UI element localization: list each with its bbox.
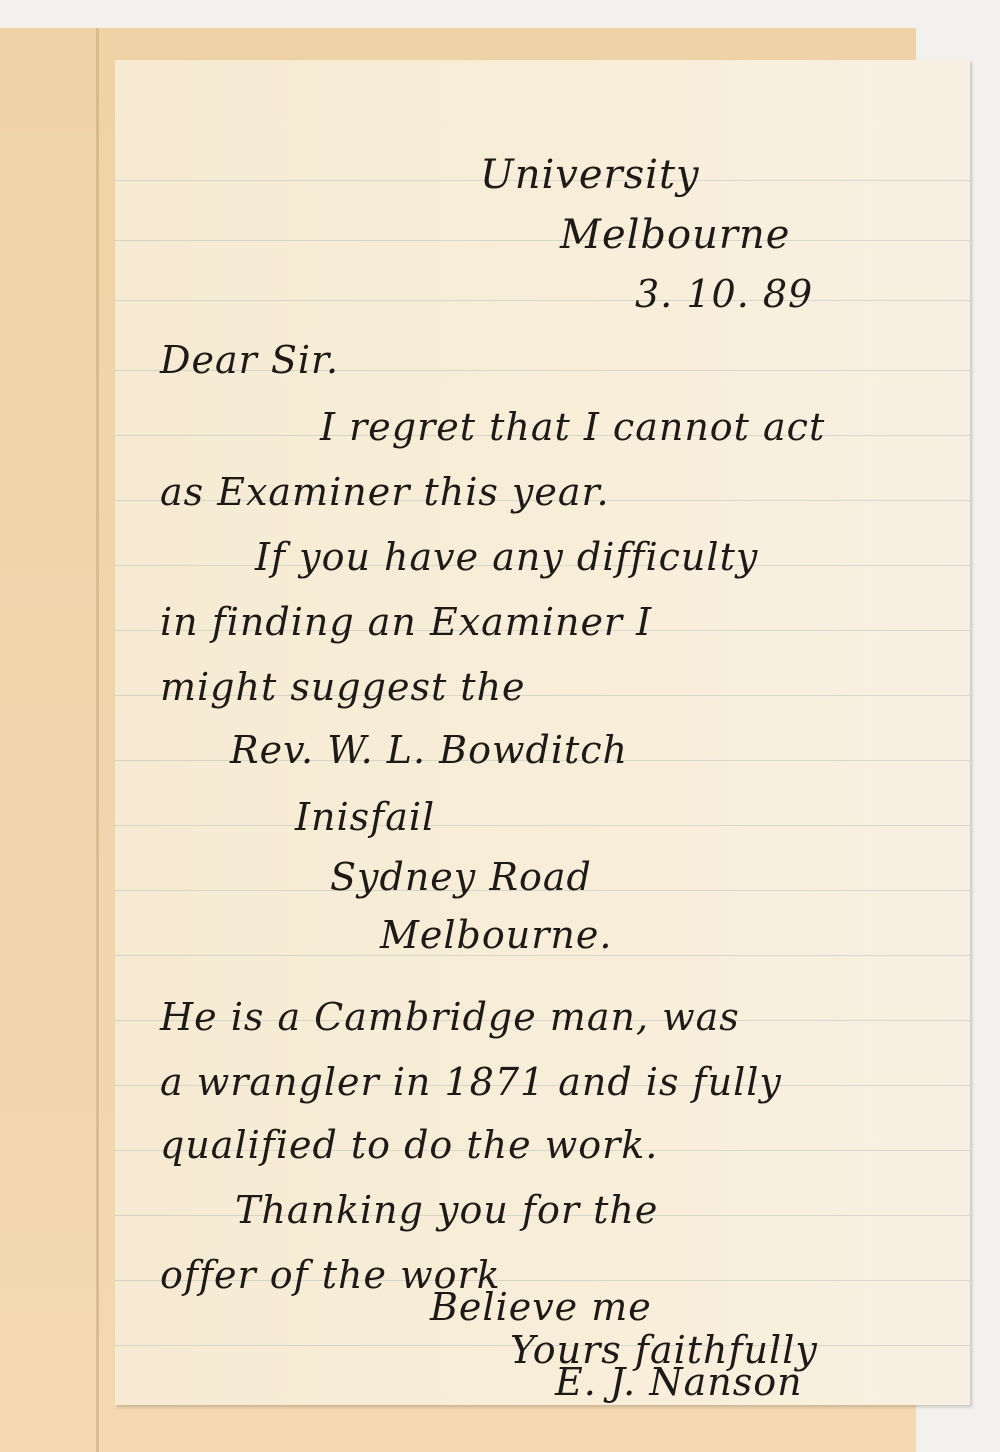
recommendation-house: Inisfail bbox=[295, 795, 435, 839]
ruled-line bbox=[115, 300, 970, 301]
body-line: If you have any difficulty bbox=[255, 535, 758, 579]
ruled-line bbox=[115, 825, 970, 826]
body-line: I regret that I cannot act bbox=[320, 405, 825, 449]
heading-date: 3. 10. 89 bbox=[635, 272, 813, 316]
recommendation-city: Melbourne. bbox=[380, 913, 612, 957]
qualification-line: qualified to do the work. bbox=[160, 1123, 658, 1167]
body-line: might suggest the bbox=[160, 665, 526, 709]
letter-sheet: University Melbourne 3. 10. 89 Dear Sir.… bbox=[115, 60, 970, 1405]
body-line: in finding an Examiner I bbox=[160, 600, 652, 644]
ruled-line bbox=[115, 240, 970, 241]
signature: E. J. Nanson bbox=[555, 1360, 803, 1404]
closing-line: Believe me bbox=[430, 1285, 652, 1329]
qualification-line: a wrangler in 1871 and is fully bbox=[160, 1060, 782, 1104]
qualification-line: He is a Cambridge man, was bbox=[160, 995, 740, 1039]
closing-line: Thanking you for the bbox=[235, 1188, 658, 1232]
heading-place-line1: University bbox=[480, 152, 700, 198]
body-line: as Examiner this year. bbox=[160, 470, 610, 514]
salutation: Dear Sir. bbox=[160, 338, 339, 382]
backing-fold-crease bbox=[96, 28, 99, 1452]
recommendation-street: Sydney Road bbox=[330, 855, 592, 899]
heading-place-line2: Melbourne bbox=[560, 212, 790, 258]
recommendation-name: Rev. W. L. Bowditch bbox=[230, 728, 628, 772]
